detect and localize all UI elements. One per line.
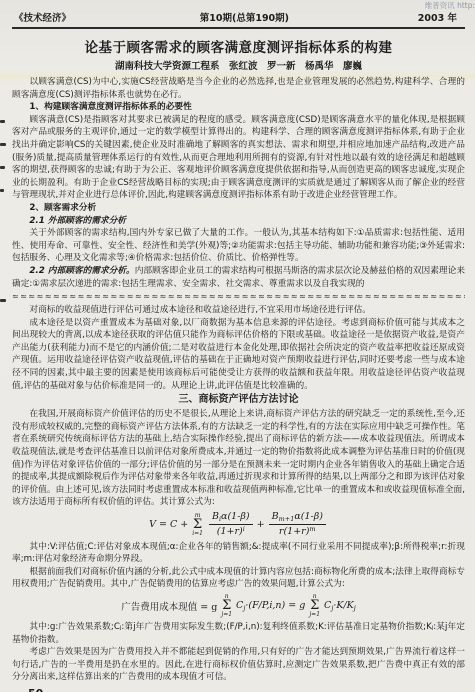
- var-base: (1+r): [217, 526, 243, 537]
- var-rest: α(1-β): [221, 511, 250, 522]
- summation-symbol: n Σ j=1: [309, 594, 320, 618]
- trademark-paragraph-4: 根据前面我们对商标价值内涵的分析,此公式中成本现值的计算内容应包括:商标物化所费…: [12, 566, 465, 591]
- formula-valuation: V = C + m Σ i=1 Biα(1-β) (1+r)i + Bm+1α(…: [12, 512, 465, 538]
- var-subscript: j: [354, 604, 356, 612]
- trademark-paragraph-2: 成本途径是以资产重置成本为基础对象,以厂商数据为基本信息来源的评估途径。考虑到商…: [12, 317, 465, 393]
- section-2-1-paragraph: 关于外部顾客的需求结构,国内外专家已做了大量的工作。一般认为,其基本结构如下:①…: [12, 227, 465, 265]
- formula-term: Cj·K/Kj: [324, 600, 356, 612]
- plus-operator: +: [257, 519, 265, 530]
- journal-name: 《技术经济》: [14, 10, 71, 24]
- var-rest: α(1-β): [294, 511, 323, 522]
- sum-lower-limit: j=1: [309, 612, 320, 618]
- sum-lower-limit: i=1: [192, 531, 203, 537]
- watermark: 维普资讯 http:: [425, 0, 475, 11]
- section-3-heading: 三、商标资产评估方法讨论: [12, 393, 465, 407]
- scan-artifact: [0, 143, 6, 146]
- trademark-paragraph-3: 在我国,开展商标资产价值评估的历史不是很长,从理论上来讲,商标资产评估方法的研究…: [12, 408, 465, 509]
- fraction-term-1: Biα(1-β) (1+r)i: [209, 512, 253, 538]
- header-rule: [12, 27, 465, 29]
- section-1-paragraph: 顾客满意(CS)是指顾客对其要求已被满足的程度的感受。顾客满意度(CSD)是顾客…: [12, 114, 465, 202]
- trademark-paragraph-1: 对商标的收益现值进行评估可通过成本途径和收益途径进行,不宜采用市场途径进行评估。: [12, 304, 465, 317]
- formula-ad-cost: 广告费用成本现值 = g n Σ j=1 Cj·(F/P,i,n) = g n …: [12, 594, 465, 618]
- var-base: B: [212, 511, 219, 522]
- sum-lower-limit: j=1: [221, 612, 232, 618]
- var-subscript: m+1: [279, 515, 295, 523]
- scan-artifact: [0, 299, 6, 302]
- section-1-heading: 1、构建顾客满意度测评指标体系的必要性: [12, 101, 465, 114]
- fraction-term-2: Bm+1α(1-β) r(1+r)m: [269, 512, 326, 538]
- var-rest: ·K/K: [333, 600, 353, 611]
- formula-term: Cj·(F/P,i,n) = g: [236, 600, 305, 612]
- issue-number: 第10期(总第190期): [200, 10, 289, 24]
- author-line: 湖南科技大学资源工程系 张红波 罗一新 杨禹华 廖巍: [12, 58, 465, 72]
- scan-artifact: [0, 166, 5, 169]
- article-title: 论基于顾客需求的顾客满意度测评指标体系的构建: [12, 36, 465, 56]
- section-2-heading: 2、顾客需求分析: [12, 202, 465, 215]
- journal-header: 《技术经济》 第10期(总第190期) 2003 年: [12, 4, 465, 27]
- article-separator: ≈≈≈≈≈≈≈≈≈≈≈≈≈≈≈≈≈≈≈≈≈≈≈≈≈≈≈≈≈≈≈≈≈≈≈≈≈≈≈≈…: [12, 292, 465, 301]
- intro-paragraph: 以顾客满意(CS)为中心,实施CS经营战略是当今企业的必然选择,也是企业管理发展…: [12, 76, 465, 101]
- section-2-1-heading: 2.1 外部顾客的需求分析: [12, 215, 465, 228]
- journal-page: 维普资讯 http: 《技术经济》 第10期(总第190期) 2003 年 论基…: [0, 0, 475, 692]
- year-label: 2003 年: [418, 10, 457, 24]
- trademark-paragraph-5: 考虑广告效果是因为广告费用投入并不都能起到促销的作用,只有好的广告才能达到预期效…: [12, 646, 465, 684]
- fraction-numerator: Biα(1-β): [209, 512, 253, 525]
- var-base: r(1+r): [279, 526, 310, 537]
- var-superscript: m: [309, 525, 315, 533]
- formula-legend-2: 其中:g:广告效果系数;Cⱼ:第j年广告费用实际发生数;(F/P,i,n):复利…: [12, 621, 465, 646]
- scan-artifact: [0, 120, 5, 123]
- var-base: B: [272, 511, 279, 522]
- formula-lhs: V = C +: [149, 519, 188, 530]
- fraction-denominator: (1+r)i: [217, 525, 245, 537]
- sigma-icon: Σ: [193, 519, 202, 531]
- formula-legend-1: 其中:V:评估值;C:评估对象成本现值;α:企业各年的销售额;&:提成率(不同行…: [12, 541, 465, 566]
- summation-symbol: m Σ i=1: [192, 513, 203, 537]
- section-2-2-lead: 2.2 内部顾客的需求分析。: [29, 266, 134, 276]
- formula-lhs: 广告费用成本现值 = g: [121, 599, 217, 613]
- var-rest: ·(F/P,i,n) = g: [245, 600, 305, 611]
- fraction-denominator: r(1+r)m: [279, 525, 316, 537]
- summation-symbol: n Σ j=1: [221, 594, 232, 618]
- scan-artifact: [0, 189, 4, 192]
- fraction-numerator: Bm+1α(1-β): [269, 512, 326, 525]
- var-superscript: i: [243, 525, 245, 533]
- section-2-2-paragraph: 2.2 内部顾客的需求分析。内部顾客即企业员工的需求结构可根据马斯洛的需求层次论…: [12, 265, 465, 290]
- page-number: · 50 ·: [20, 687, 465, 692]
